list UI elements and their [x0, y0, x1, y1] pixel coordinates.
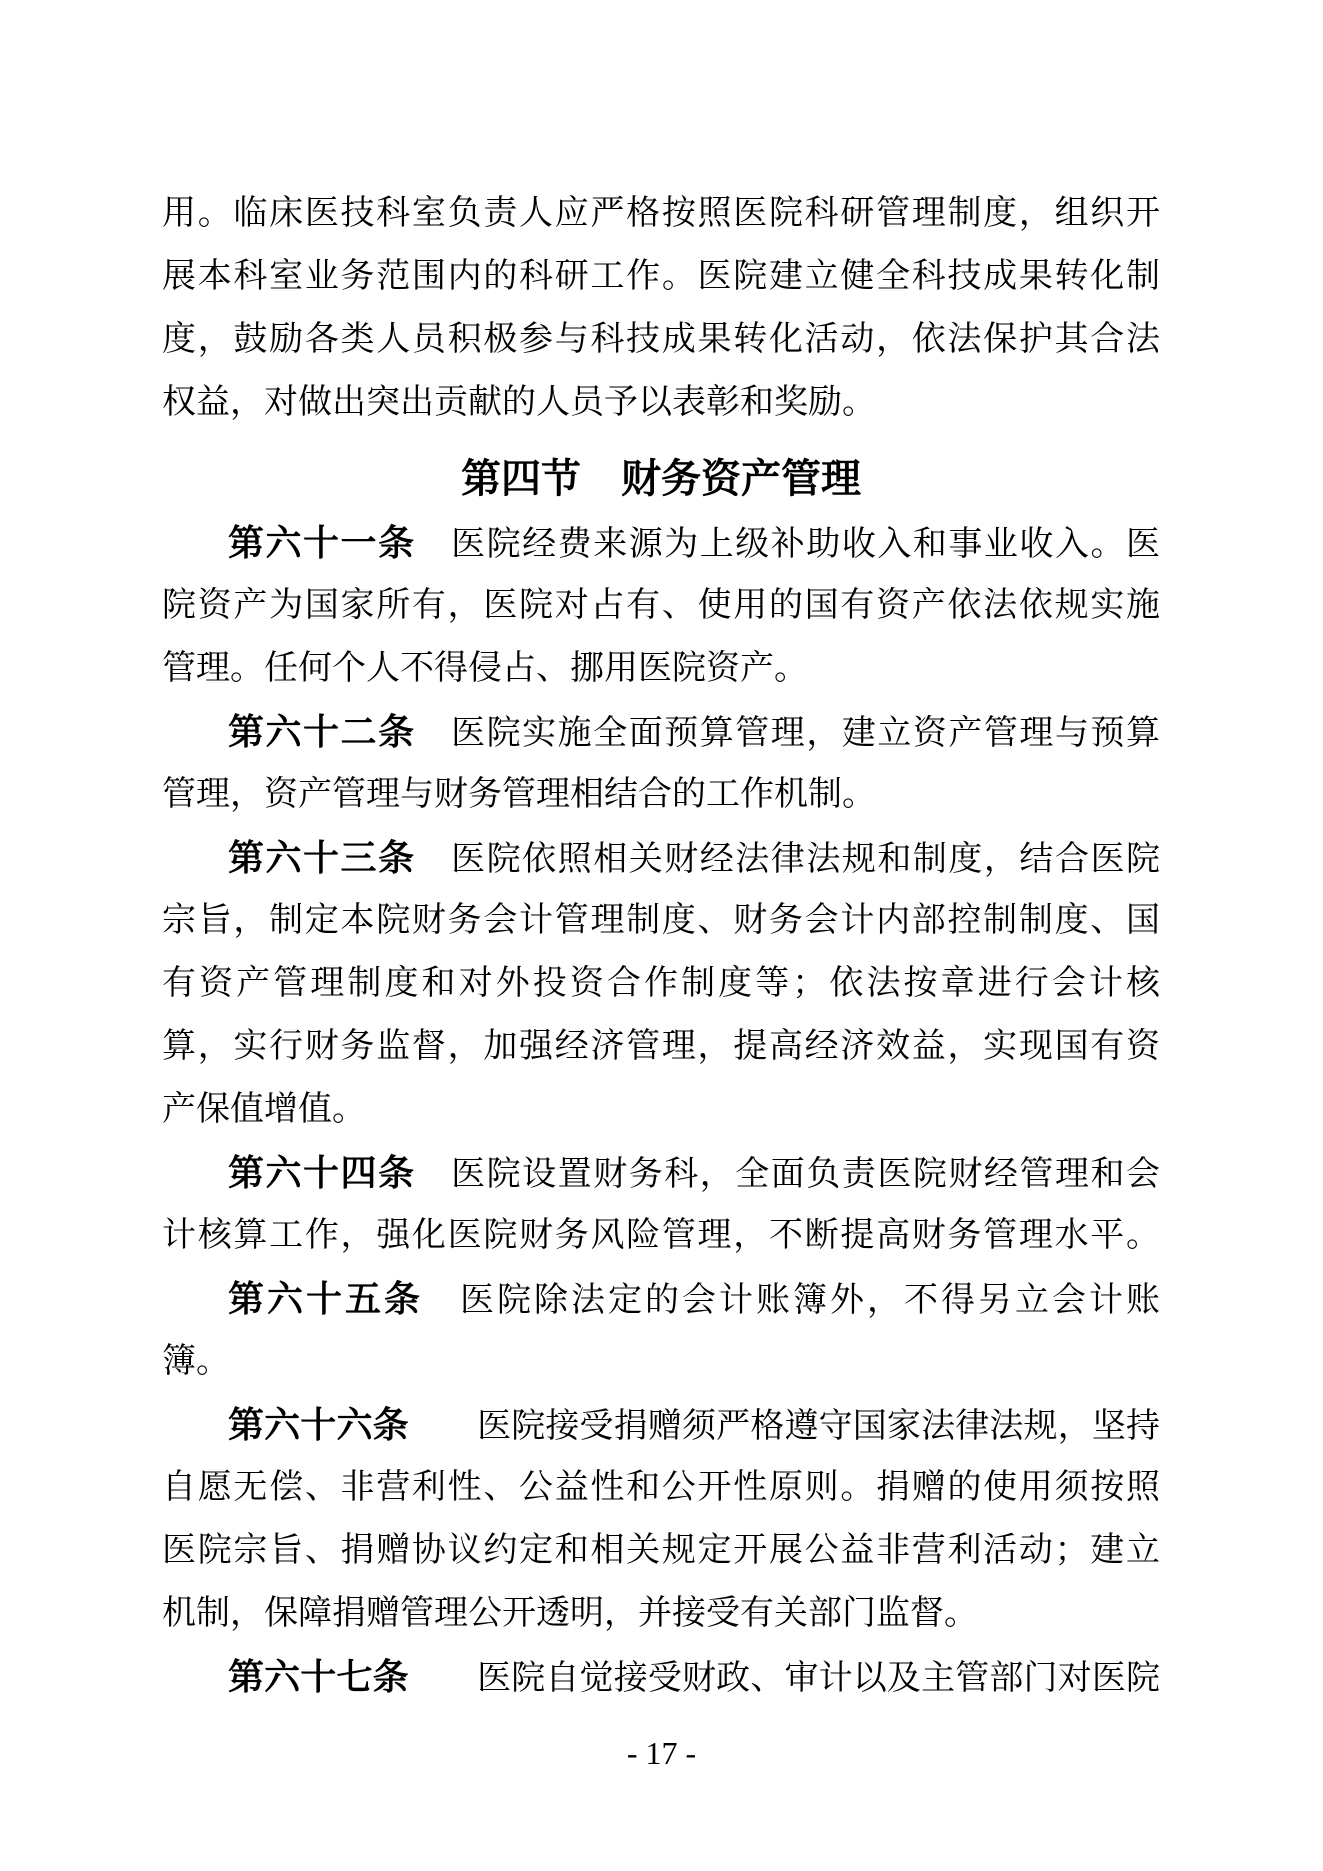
paragraph-continuation: 用。临床医技科室负责人应严格按照医院科研管理制度，组织开展本科室业务范围内的科研…	[162, 182, 1160, 434]
text-line: 医院宗旨、捐赠协议约定和相关规定开展公益非营利活动；建立	[162, 1519, 1160, 1582]
article-line: 第六十七条 医院自觉接受财政、审计以及主管部门对医院	[162, 1645, 1160, 1708]
document-content: 用。临床医技科室负责人应严格按照医院科研管理制度，组织开展本科室业务范围内的科研…	[162, 182, 1160, 1708]
article-number: 第六十七条	[228, 1656, 409, 1697]
article-line: 第六十二条 医院实施全面预算管理，建立资产管理与预算	[162, 700, 1160, 763]
text-line: 管理。任何个人不得侵占、挪用医院资产。	[162, 637, 1160, 700]
article-number: 第六十一条	[228, 522, 416, 563]
article-number: 第六十二条	[228, 711, 416, 752]
text-line: 管理，资产管理与财务管理相结合的工作机制。	[162, 763, 1160, 826]
article-line: 第六十一条 医院经费来源为上级补助收入和事业收入。医	[162, 511, 1160, 574]
article-line: 第六十三条 医院依照相关财经法律法规和制度，结合医院	[162, 826, 1160, 889]
article-number: 第六十四条	[228, 1152, 416, 1193]
section-body: 第六十一条 医院经费来源为上级补助收入和事业收入。医院资产为国家所有，医院对占有…	[162, 511, 1160, 1708]
article-line: 第六十四条 医院设置财务科，全面负责医院财经管理和会	[162, 1141, 1160, 1204]
article-number: 第六十五条	[228, 1278, 423, 1319]
article-line: 第六十五条 医院除法定的会计账簿外，不得另立会计账	[162, 1267, 1160, 1330]
text-line: 机制，保障捐赠管理公开透明，并接受有关部门监督。	[162, 1582, 1160, 1645]
article-number: 第六十三条	[228, 837, 416, 878]
text-line: 簿。	[162, 1330, 1160, 1393]
text-line: 宗旨，制定本院财务会计管理制度、财务会计内部控制制度、国	[162, 889, 1160, 952]
text-line: 产保值增值。	[162, 1078, 1160, 1141]
article-number: 第六十六条	[228, 1404, 409, 1445]
text-line: 算，实行财务监督，加强经济管理，提高经济效益，实现国有资	[162, 1015, 1160, 1078]
text-line: 用。临床医技科室负责人应严格按照医院科研管理制度，组织开	[162, 182, 1160, 245]
section-heading: 第四节 财务资产管理	[162, 448, 1160, 511]
text-line: 有资产管理制度和对外投资合作制度等；依法按章进行会计核	[162, 952, 1160, 1015]
text-line: 展本科室业务范围内的科研工作。医院建立健全科技成果转化制	[162, 245, 1160, 308]
text-line: 权益，对做出突出贡献的人员予以表彰和奖励。	[162, 371, 1160, 434]
article-line: 第六十六条 医院接受捐赠须严格遵守国家法律法规，坚持	[162, 1393, 1160, 1456]
text-line: 计核算工作，强化医院财务风险管理，不断提高财务管理水平。	[162, 1204, 1160, 1267]
text-line: 院资产为国家所有，医院对占有、使用的国有资产依法依规实施	[162, 574, 1160, 637]
text-line: 度，鼓励各类人员积极参与科技成果转化活动，依法保护其合法	[162, 308, 1160, 371]
page-number: - 17 -	[0, 1733, 1323, 1773]
text-line: 自愿无偿、非营利性、公益性和公开性原则。捐赠的使用须按照	[162, 1456, 1160, 1519]
document-page: 用。临床医技科室负责人应严格按照医院科研管理制度，组织开展本科室业务范围内的科研…	[0, 0, 1323, 1871]
